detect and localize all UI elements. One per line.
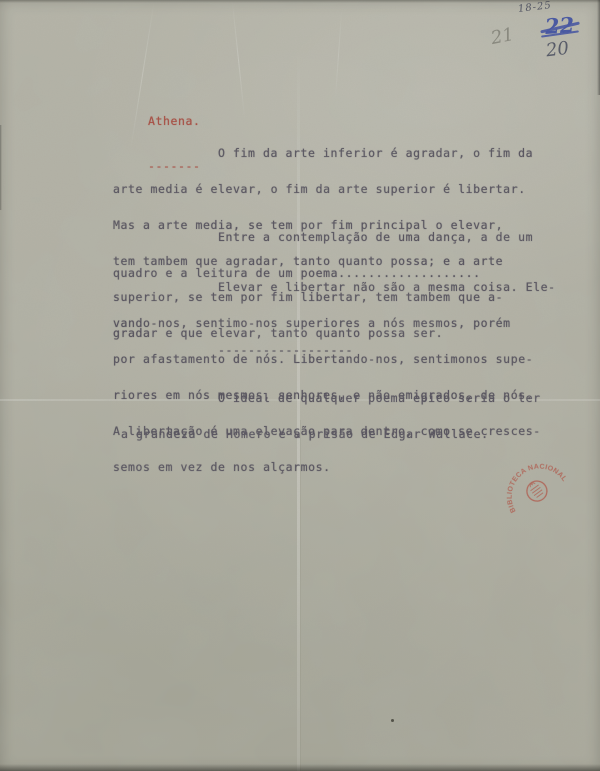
annotation-pencil-number: 21 bbox=[489, 24, 515, 49]
scan-edge-top bbox=[0, 0, 600, 3]
text-line: arte media é elevar, o fim da arte super… bbox=[113, 183, 533, 195]
text-line: O fim da arte inferior é agradar, o fim … bbox=[113, 147, 533, 159]
ink-speck bbox=[391, 719, 394, 722]
manuscript-page: 18-25 22 21 20 Athena. ------- O fim da … bbox=[0, 0, 600, 771]
text-line: Entre a contemplação de uma dança, a de … bbox=[113, 231, 533, 243]
text-line: O ideal de qualquer poema epico seria o … bbox=[121, 392, 541, 404]
annotation-current-number: 20 bbox=[545, 38, 570, 62]
text-line: Elevar e libertar não são a mesma coisa.… bbox=[113, 281, 556, 293]
scan-edge-bottom bbox=[0, 764, 600, 771]
stamp-emblem-icon bbox=[523, 477, 551, 505]
paper-scratch bbox=[335, 10, 342, 100]
paper-scratch bbox=[232, 0, 246, 119]
dash-separator: ------------------ bbox=[218, 344, 353, 356]
scan-edge-left bbox=[0, 125, 2, 210]
text-line: vando-nos, sentimo-nos superiores a nós … bbox=[113, 317, 556, 329]
text-line: a grandeza de Homero e a prisão de Edgar… bbox=[121, 428, 541, 440]
paragraph-4: O ideal de qualquer poema epico seria o … bbox=[121, 368, 541, 464]
